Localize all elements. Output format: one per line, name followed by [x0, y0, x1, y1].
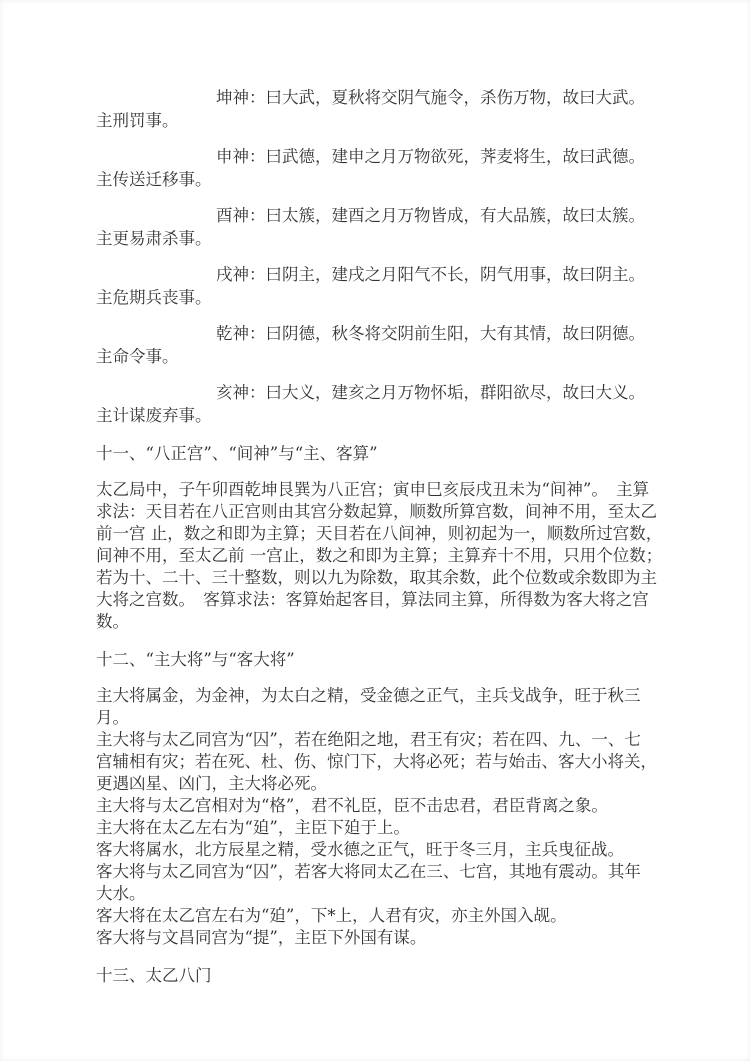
section-twelve: 十二、“主大将”与“客大将” 主大将属金，为金神，为太白之精，受金德之正气，主兵…: [96, 648, 680, 949]
section-eleven: 十一、“八正宫”、“间神”与“主、客算” 太乙局中，子午卯酉乾坤艮巽为八正宫；寅…: [96, 442, 680, 633]
deity-entry-shen: 申神：曰武德，建申之月万物欲死，荠麦将生，故曰武德。 主传送迁移事。: [96, 145, 680, 191]
section-twelve-heading: 十二、“主大将”与“客大将”: [96, 648, 680, 671]
deity-entry-you: 酉神：曰太簇，建酉之月万物皆成，有大品簇，故曰太簇。 主更易肃杀事。: [96, 204, 680, 250]
deity-entry-qian: 乾神：曰阴德，秋冬将交阴前生阳，大有其情，故曰阴德。 主命令事。: [96, 322, 680, 368]
deity-entry-xu: 戌神：曰阴主，建戌之月阳气不长，阴气用事，故曰阴主。 主危期兵丧事。: [96, 263, 680, 309]
section-eleven-body: 太乙局中，子午卯酉乾坤艮巽为八正宫；寅申巳亥辰戌丑未为“间神”。 主算 求法：天…: [96, 479, 680, 633]
deity-entry-kun: 坤神：曰大武，夏秋将交阴气施令，杀伤万物，故曰大武。 主刑罚事。: [96, 86, 680, 132]
section-twelve-body: 主大将属金，为金神，为太白之精，受金德之正气，主兵戈战争，旺于秋三 月。 主大将…: [96, 685, 680, 949]
section-thirteen: 十三、太乙八门: [96, 964, 680, 987]
deity-section: 坤神：曰大武，夏秋将交阴气施令，杀伤万物，故曰大武。 主刑罚事。 申神：曰武德，…: [96, 86, 680, 427]
section-thirteen-heading: 十三、太乙八门: [96, 964, 680, 987]
deity-entry-hai: 亥神：曰大义，建亥之月万物怀垢，群阳欲尽，故曰大义。 主计谋废弃事。: [96, 381, 680, 427]
section-eleven-heading: 十一、“八正宫”、“间神”与“主、客算”: [96, 442, 680, 465]
document-page: 坤神：曰大武，夏秋将交阴气施令，杀伤万物，故曰大武。 主刑罚事。 申神：曰武德，…: [0, 0, 750, 1061]
